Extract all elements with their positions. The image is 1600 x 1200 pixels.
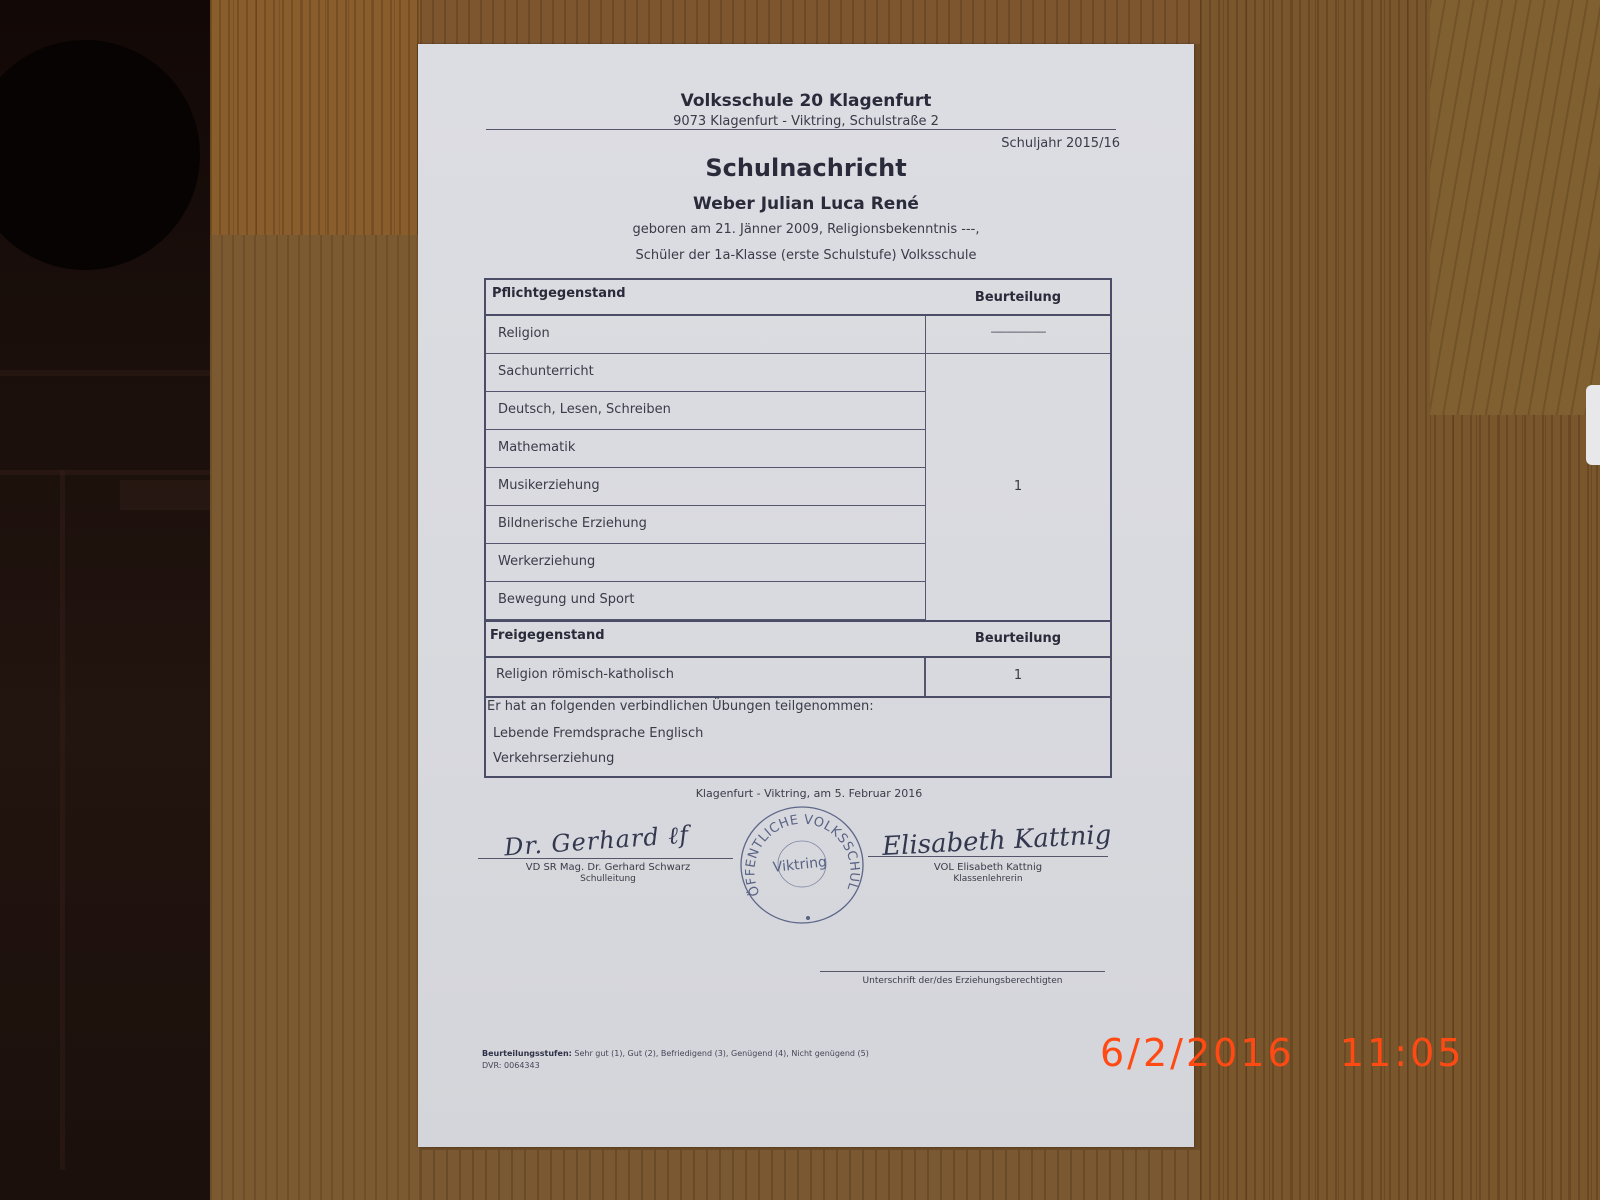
place-date: Klagenfurt - Viktring, am 5. Februar 201… bbox=[418, 787, 1194, 800]
table-row: Bildnerische Erziehung bbox=[486, 506, 926, 544]
table-row: Sachunterricht bbox=[486, 354, 926, 392]
teacher-role: Klassenlehrerin bbox=[878, 874, 1098, 884]
student-name: Weber Julian Luca René bbox=[418, 194, 1194, 214]
header-rule bbox=[486, 129, 1116, 130]
grading-legend: Beurteilungsstufen: Sehr gut (1), Gut (2… bbox=[482, 1049, 869, 1058]
subject-name: Religion bbox=[498, 326, 550, 341]
stamp-dot bbox=[806, 916, 810, 920]
dark-background bbox=[0, 0, 210, 1200]
floor-seam bbox=[60, 470, 65, 1170]
exercise-item: Lebende Fremdsprache Englisch bbox=[493, 726, 703, 741]
compulsory-body: Religion Sachunterricht Deutsch, Lesen, … bbox=[486, 316, 1110, 620]
optional-header-subject: Freigegenstand bbox=[490, 628, 605, 643]
optional-grade: 1 bbox=[926, 668, 1110, 683]
teacher-signature-line bbox=[868, 856, 1108, 857]
camera-timestamp: 6/2/2016 11:05 bbox=[1100, 1031, 1464, 1075]
grade-table: Pflichtgegenstand Beurteilung Religion S… bbox=[484, 278, 1112, 778]
principal-signature: Dr. Gerhard ℓf bbox=[503, 821, 690, 863]
white-object-edge bbox=[1586, 385, 1600, 465]
subject-name: Mathematik bbox=[498, 440, 575, 455]
floor-seam bbox=[120, 480, 210, 510]
stamp-center-text: Viktring bbox=[772, 854, 828, 876]
school-address: 9073 Klagenfurt - Viktring, Schulstraße … bbox=[418, 114, 1194, 129]
svg-text:ÖFFENTLICHE VOLKSSCHULE 20: ÖFFENTLICHE VOLKSSCHULE 20 bbox=[738, 804, 862, 899]
birth-line: geboren am 21. Jänner 2009, Religionsbek… bbox=[418, 222, 1194, 237]
timestamp-time: 11:05 bbox=[1340, 1031, 1465, 1075]
table-row: Religion römisch-katholisch 1 bbox=[486, 658, 1110, 698]
floor-seam bbox=[0, 470, 210, 475]
school-year: Schuljahr 2015/16 bbox=[1001, 136, 1120, 151]
compulsory-header: Pflichtgegenstand Beurteilung bbox=[486, 280, 1110, 316]
document-title: Schulnachricht bbox=[418, 154, 1194, 182]
optional-header: Freigegenstand Beurteilung bbox=[486, 620, 1110, 658]
wood-floor-bottom bbox=[420, 1150, 1200, 1200]
optional-subject: Religion römisch-katholisch bbox=[496, 667, 674, 682]
table-row: Deutsch, Lesen, Schreiben bbox=[486, 392, 926, 430]
class-line: Schüler der 1a-Klasse (erste Schulstufe)… bbox=[418, 248, 1194, 263]
school-name: Volksschule 20 Klagenfurt bbox=[418, 91, 1194, 111]
principal-name: VD SR Mag. Dr. Gerhard Schwarz bbox=[478, 862, 738, 873]
legend-text: Sehr gut (1), Gut (2), Befriedigend (3),… bbox=[572, 1049, 869, 1058]
timestamp-date: 6/2/2016 bbox=[1100, 1031, 1295, 1075]
compulsory-header-subject: Pflichtgegenstand bbox=[492, 286, 626, 301]
subject-name: Musikerziehung bbox=[498, 478, 600, 493]
parent-signature-label: Unterschrift der/des Erziehungsberechtig… bbox=[820, 976, 1105, 986]
dvr-number: DVR: 0064343 bbox=[482, 1061, 540, 1070]
stamp-ring-text: ÖFFENTLICHE VOLKSSCHULE 20 bbox=[738, 804, 862, 899]
parent-signature-line bbox=[820, 971, 1105, 972]
wood-floor-left-lower bbox=[210, 235, 420, 1200]
religion-grade: --------------------- bbox=[926, 316, 1110, 354]
optional-header-grade: Beurteilung bbox=[926, 631, 1110, 646]
school-stamp: ÖFFENTLICHE VOLKSSCHULE 20 Viktring bbox=[738, 804, 866, 926]
subject-name: Werkerziehung bbox=[498, 554, 595, 569]
subject-name: Sachunterricht bbox=[498, 364, 594, 379]
exercise-item: Verkehrserziehung bbox=[493, 751, 614, 766]
exercises-box: Er hat an folgenden verbindlichen Übunge… bbox=[486, 698, 1110, 776]
legend-label: Beurteilungsstufen: bbox=[482, 1049, 572, 1058]
wood-floor-right-plank bbox=[1430, 0, 1600, 415]
teacher-name: VOL Elisabeth Kattnig bbox=[878, 862, 1098, 873]
wood-floor-top bbox=[420, 0, 1200, 44]
dark-object bbox=[0, 40, 200, 270]
principal-role: Schulleitung bbox=[478, 874, 738, 884]
compulsory-header-grade: Beurteilung bbox=[926, 290, 1110, 305]
table-row: Religion bbox=[486, 316, 926, 354]
merged-grade: 1 bbox=[926, 354, 1110, 620]
subject-name: Deutsch, Lesen, Schreiben bbox=[498, 402, 671, 417]
table-row: Mathematik bbox=[486, 430, 926, 468]
floor-seam bbox=[0, 370, 210, 376]
exercises-intro: Er hat an folgenden verbindlichen Übunge… bbox=[487, 699, 874, 714]
report-card-paper: Volksschule 20 Klagenfurt 9073 Klagenfur… bbox=[418, 44, 1194, 1147]
table-row: Musikerziehung bbox=[486, 468, 926, 506]
subject-name: Bewegung und Sport bbox=[498, 592, 634, 607]
table-row: Werkerziehung bbox=[486, 544, 926, 582]
subject-name: Bildnerische Erziehung bbox=[498, 516, 647, 531]
principal-signature-line bbox=[478, 858, 733, 859]
table-row: Bewegung und Sport bbox=[486, 582, 926, 620]
